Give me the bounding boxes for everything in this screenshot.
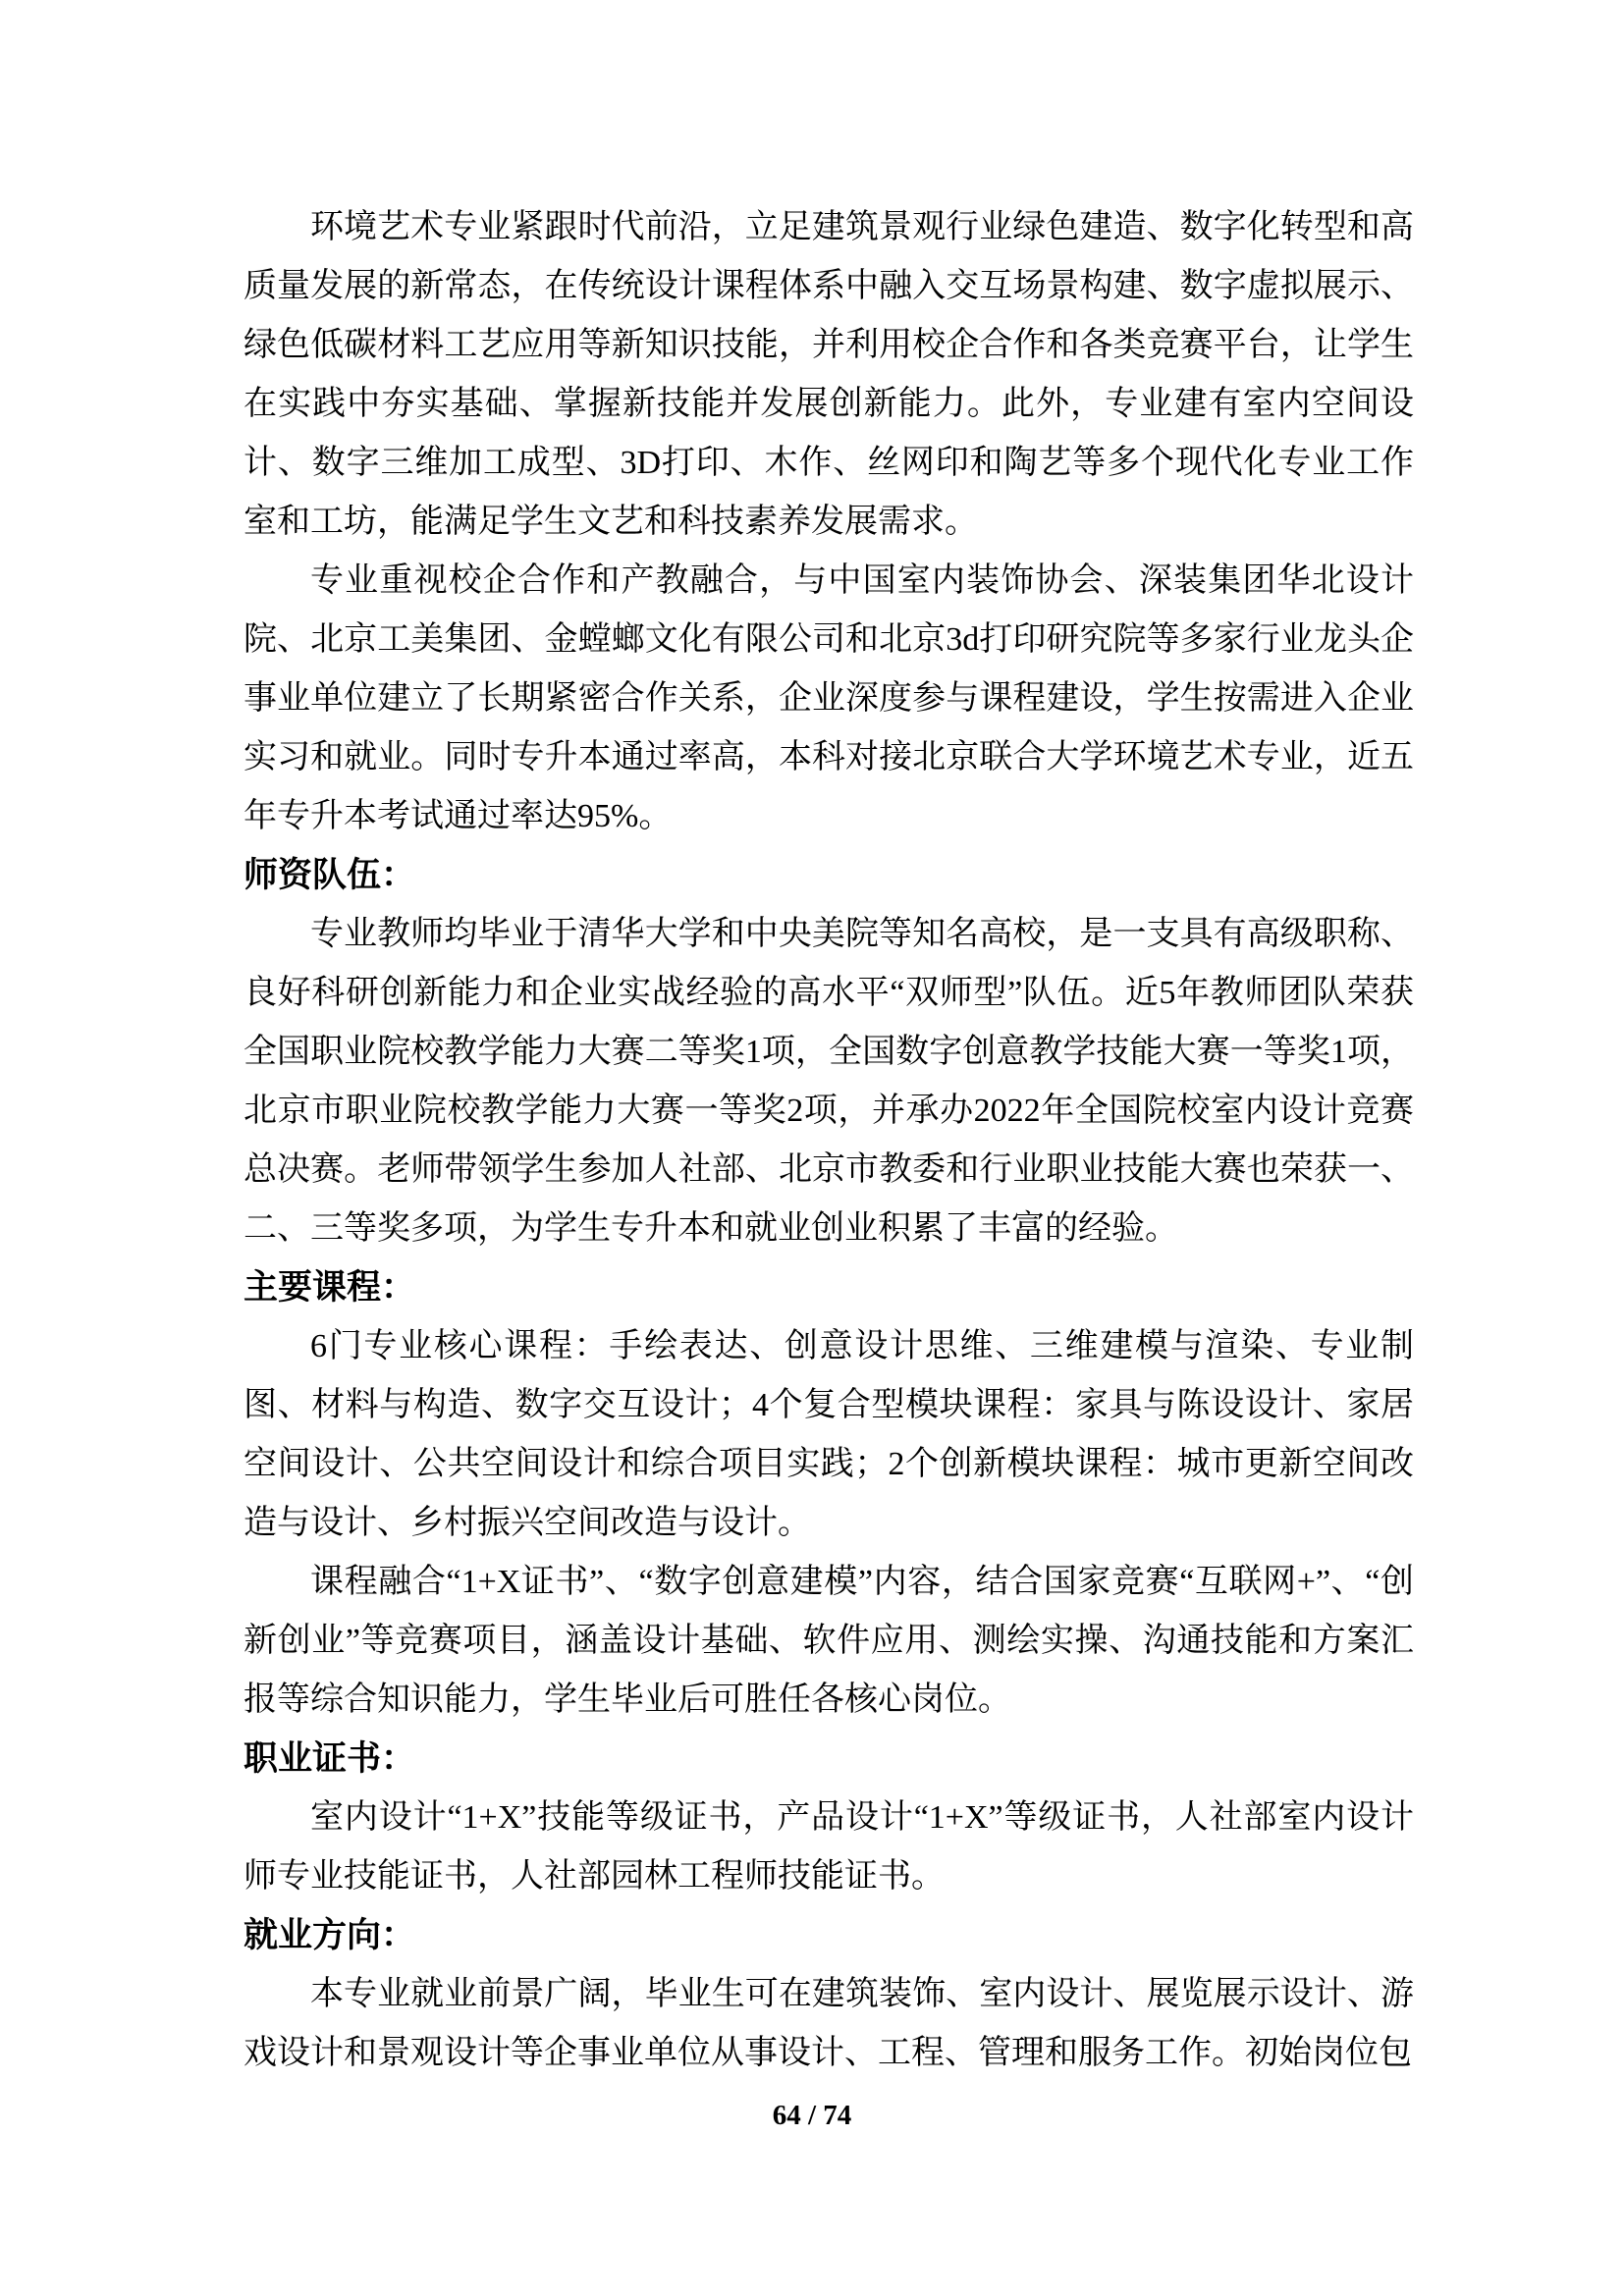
- document-page: 环境艺术专业紧跟时代前沿，立足建筑景观行业绿色建造、数字化转型和高质量发展的新常…: [0, 0, 1624, 2296]
- section-heading-career-direction: 就业方向：: [244, 1906, 1414, 1965]
- paragraph-faculty: 专业教师均毕业于清华大学和中央美院等知名高校，是一支具有高级职称、良好科研创新能…: [244, 905, 1414, 1258]
- section-heading-certificates: 职业证书：: [244, 1730, 1414, 1789]
- paragraph-industry-cooperation: 专业重视校企合作和产教融合，与中国室内装饰协会、深装集团华北设计院、北京工美集团…: [244, 552, 1414, 846]
- paragraph-core-courses: 6门专业核心课程：手绘表达、创意设计思维、三维建模与渲染、专业制图、材料与构造、…: [244, 1317, 1414, 1553]
- paragraph-course-integration: 课程融合“1+X证书”、“数字创意建模”内容，结合国家竞赛“互联网+”、“创新创…: [244, 1553, 1414, 1730]
- document-body: 环境艺术专业紧跟时代前沿，立足建筑景观行业绿色建造、数字化转型和高质量发展的新常…: [244, 198, 1414, 2083]
- section-heading-faculty: 师资队伍：: [244, 846, 1414, 905]
- section-heading-main-courses: 主要课程：: [244, 1258, 1414, 1317]
- paragraph-program-intro: 环境艺术专业紧跟时代前沿，立足建筑景观行业绿色建造、数字化转型和高质量发展的新常…: [244, 198, 1414, 552]
- paragraph-certificates: 室内设计“1+X”技能等级证书，产品设计“1+X”等级证书，人社部室内设计师专业…: [244, 1789, 1414, 1906]
- paragraph-career-direction: 本专业就业前景广阔，毕业生可在建筑装饰、室内设计、展览展示设计、游戏设计和景观设…: [244, 1965, 1414, 2083]
- page-number: 64 / 74: [0, 2099, 1624, 2132]
